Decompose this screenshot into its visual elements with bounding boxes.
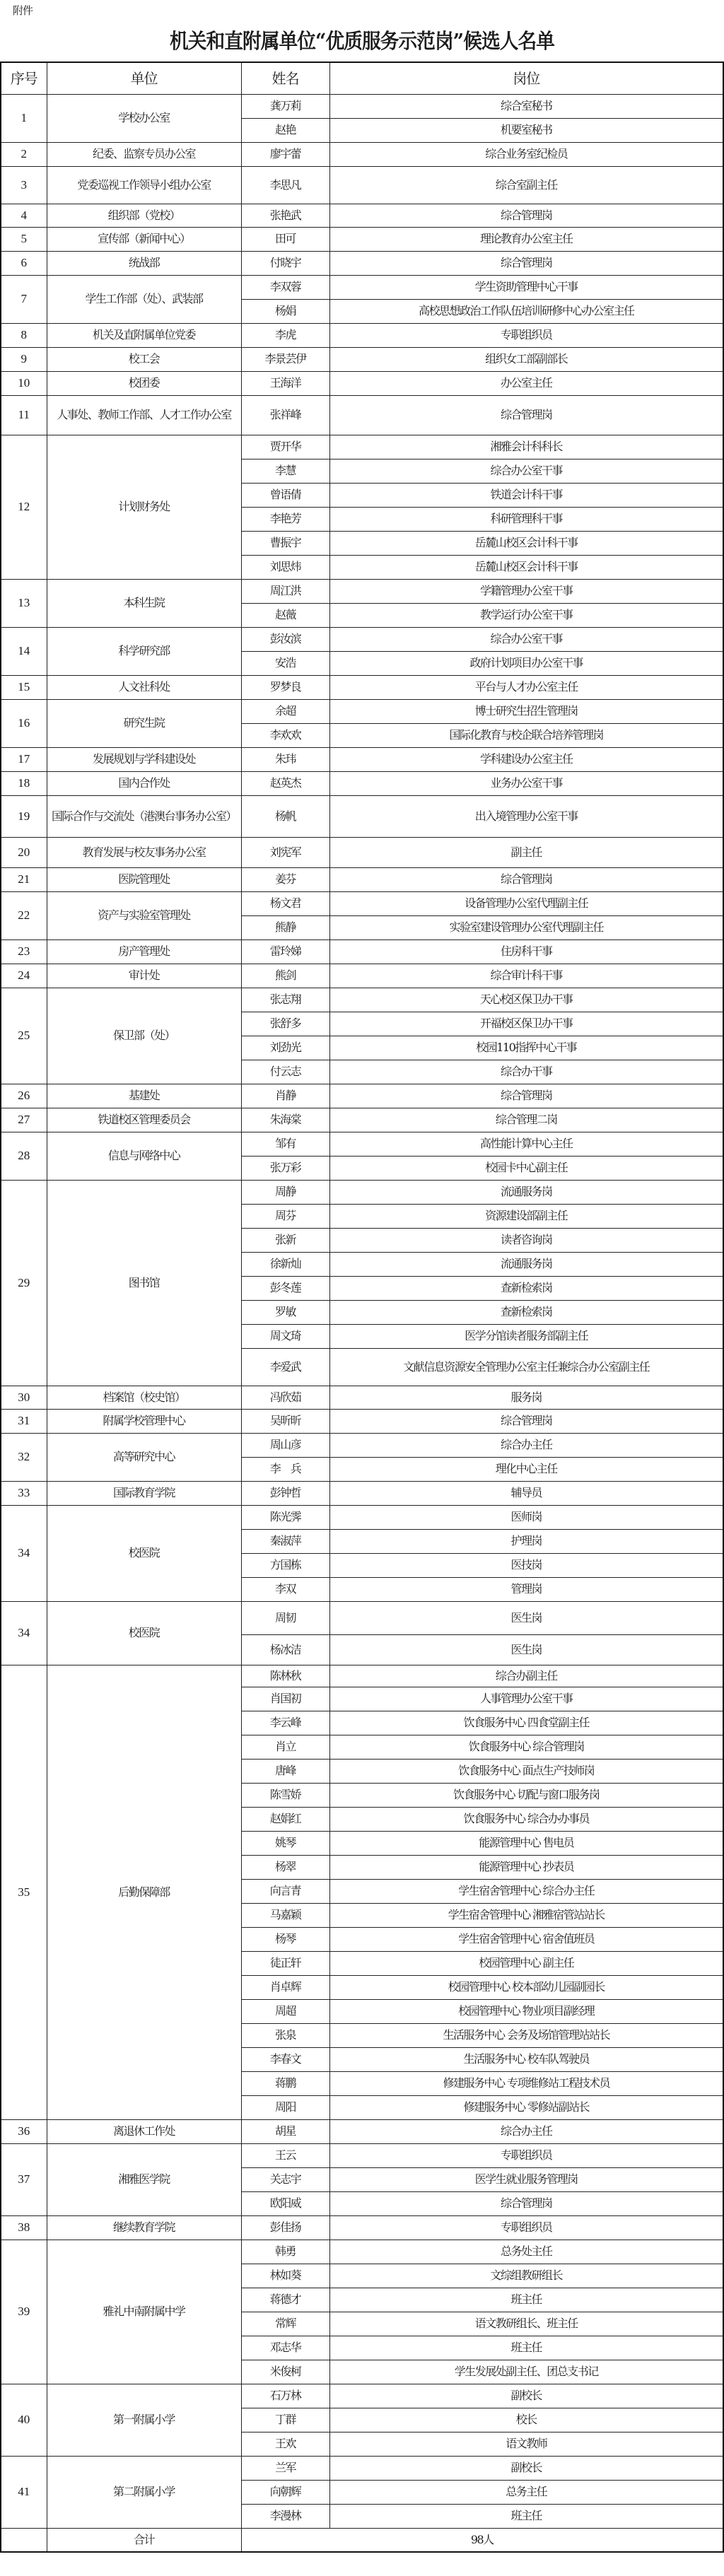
seq-cell: 34 — [1, 1601, 47, 1665]
post-cell: 综合办干事 — [329, 1060, 723, 1084]
seq-cell: 1 — [1, 94, 47, 142]
table-row: 8机关及直附属单位党委李虎专职组织员 — [1, 323, 723, 347]
name-cell: 邓志华 — [241, 2336, 329, 2360]
name-cell: 李思凡 — [241, 166, 329, 204]
post-cell: 总务主任 — [329, 2480, 723, 2504]
seq-cell: 32 — [1, 1433, 47, 1481]
table-row: 4组织部（党校）张艳武综合管理岗 — [1, 204, 723, 227]
post-cell: 教学运行办公室干事 — [329, 603, 723, 627]
post-cell: 学籍管理办公室干事 — [329, 579, 723, 603]
post-cell: 饮食服务中心 四食堂副主任 — [329, 1711, 723, 1735]
seq-cell: 30 — [1, 1386, 47, 1409]
post-cell: 语文教师 — [329, 2432, 723, 2456]
table-row: 26基建处肖静综合管理岗 — [1, 1084, 723, 1108]
name-cell: 陈林秋 — [241, 1665, 329, 1687]
seq-cell: 37 — [1, 2143, 47, 2215]
post-cell: 学生宿舍管理中心 综合办主任 — [329, 1879, 723, 1903]
unit-cell: 基建处 — [47, 1084, 241, 1108]
name-cell: 朱海棠 — [241, 1108, 329, 1132]
unit-cell: 信息与网络中心 — [47, 1132, 241, 1180]
name-cell: 米俊柯 — [241, 2360, 329, 2384]
post-cell: 查新检索岗 — [329, 1276, 723, 1300]
post-cell: 能源管理中心 售电员 — [329, 1831, 723, 1855]
table-row: 6统战部付晓宇综合管理岗 — [1, 251, 723, 275]
name-cell: 姚琴 — [241, 1831, 329, 1855]
name-cell: 石万林 — [241, 2384, 329, 2408]
table-row: 35后勤保障部陈林秋综合办副主任 — [1, 1665, 723, 1687]
name-cell: 李双 — [241, 1577, 329, 1601]
post-cell: 高校思想政治工作队伍培训研修中心办公室主任 — [329, 299, 723, 323]
unit-cell: 图书馆 — [47, 1180, 241, 1386]
name-cell: 徒正轩 — [241, 1951, 329, 1975]
table-row: 3党委巡视工作领导小组办公室李思凡综合室副主任 — [1, 166, 723, 204]
name-cell: 张祥峰 — [241, 395, 329, 435]
table-row: 11人事处、教师工作部、人才工作办公室张祥峰综合管理岗 — [1, 395, 723, 435]
name-cell: 周山彦 — [241, 1433, 329, 1457]
seq-cell: 29 — [1, 1180, 47, 1386]
post-cell: 流通服务岗 — [329, 1252, 723, 1276]
name-cell: 龚万莉 — [241, 94, 329, 118]
name-cell: 彭佳扬 — [241, 2215, 329, 2240]
name-cell: 朱玮 — [241, 747, 329, 771]
post-cell: 设备管理办公室代理副主任 — [329, 891, 723, 915]
seq-cell: 35 — [1, 1665, 47, 2119]
table-row: 20教育发展与校友事务办公室刘宪军副主任 — [1, 837, 723, 867]
post-cell: 修建服务中心 专项维修站工程技术员 — [329, 2071, 723, 2095]
post-cell: 业务办公室干事 — [329, 771, 723, 795]
post-cell: 修建服务中心 零修站副站长 — [329, 2095, 723, 2119]
name-cell: 赵英杰 — [241, 771, 329, 795]
table-row: 19国际合作与交流处（港澳台事务办公室）杨帆出入境管理办公室干事 — [1, 795, 723, 837]
seq-cell: 34 — [1, 1505, 47, 1601]
name-cell: 刘劲光 — [241, 1036, 329, 1060]
name-cell: 韩勇 — [241, 2240, 329, 2264]
name-cell: 冯欣茹 — [241, 1386, 329, 1409]
name-cell: 林如葵 — [241, 2264, 329, 2288]
post-cell: 出入境管理办公室干事 — [329, 795, 723, 837]
unit-cell: 第一附属小学 — [47, 2384, 241, 2456]
post-cell: 查新检索岗 — [329, 1300, 723, 1324]
seq-cell: 22 — [1, 891, 47, 939]
column-header-name: 姓名 — [241, 62, 329, 94]
name-cell: 周静 — [241, 1180, 329, 1204]
name-cell: 肖静 — [241, 1084, 329, 1108]
seq-cell: 41 — [1, 2456, 47, 2528]
unit-cell: 纪委、监察专员办公室 — [47, 142, 241, 166]
table-row: 18国内合作处赵英杰业务办公室干事 — [1, 771, 723, 795]
total-row: 合计98人 — [1, 2528, 723, 2552]
post-cell: 综合室秘书 — [329, 94, 723, 118]
table-row: 7学生工作部（处）、武装部李双蓉学生资助管理中心干事 — [1, 275, 723, 299]
unit-cell: 第二附属小学 — [47, 2456, 241, 2528]
post-cell: 医学生就业服务管理岗 — [329, 2167, 723, 2191]
name-cell: 李 兵 — [241, 1457, 329, 1481]
name-cell: 胡星 — [241, 2119, 329, 2143]
table-row: 24审计处熊剑综合审计科干事 — [1, 964, 723, 988]
name-cell: 曾语倩 — [241, 483, 329, 507]
name-cell: 周文琦 — [241, 1324, 329, 1348]
name-cell: 曹振宇 — [241, 531, 329, 555]
name-cell: 安浩 — [241, 651, 329, 675]
unit-cell: 房产管理处 — [47, 939, 241, 964]
name-cell: 熊静 — [241, 915, 329, 939]
post-cell: 综合管理岗 — [329, 395, 723, 435]
name-cell: 彭冬莲 — [241, 1276, 329, 1300]
unit-cell: 离退休工作处 — [47, 2119, 241, 2143]
post-cell: 综合办公室干事 — [329, 627, 723, 651]
unit-cell: 校医院 — [47, 1601, 241, 1665]
name-cell: 李双蓉 — [241, 275, 329, 299]
total-seq-cell — [1, 2528, 47, 2552]
name-cell: 赵娟红 — [241, 1807, 329, 1831]
seq-cell: 26 — [1, 1084, 47, 1108]
post-cell: 综合管理岗 — [329, 867, 723, 891]
post-cell: 读者咨询岗 — [329, 1228, 723, 1252]
post-cell: 校园卡中心副主任 — [329, 1156, 723, 1180]
table-row: 1学校办公室龚万莉综合室秘书 — [1, 94, 723, 118]
unit-cell: 统战部 — [47, 251, 241, 275]
post-cell: 平台与人才办公室主任 — [329, 675, 723, 699]
name-cell: 彭汝滨 — [241, 627, 329, 651]
post-cell: 管理岗 — [329, 1577, 723, 1601]
seq-cell: 23 — [1, 939, 47, 964]
post-cell: 学生资助管理中心干事 — [329, 275, 723, 299]
unit-cell: 宣传部（新闻中心） — [47, 227, 241, 251]
unit-cell: 铁道校区管理委员会 — [47, 1108, 241, 1132]
name-cell: 肖国初 — [241, 1687, 329, 1711]
seq-cell: 11 — [1, 395, 47, 435]
post-cell: 理论教育办公室主任 — [329, 227, 723, 251]
table-row: 14科学研究部彭汝滨综合办公室干事 — [1, 627, 723, 651]
post-cell: 综合办副主任 — [329, 1665, 723, 1687]
name-cell: 周江洪 — [241, 579, 329, 603]
column-header-unit: 单位 — [47, 62, 241, 94]
post-cell: 综合办公室干事 — [329, 459, 723, 483]
name-cell: 李虎 — [241, 323, 329, 347]
name-cell: 肖立 — [241, 1735, 329, 1759]
name-cell: 刘宪军 — [241, 837, 329, 867]
name-cell: 彭钟哲 — [241, 1481, 329, 1505]
table-row: 22资产与实验室管理处杨文君设备管理办公室代理副主任 — [1, 891, 723, 915]
table-row: 36离退休工作处胡星综合办主任 — [1, 2119, 723, 2143]
name-cell: 方国栋 — [241, 1553, 329, 1577]
unit-cell: 组织部（党校） — [47, 204, 241, 227]
post-cell: 能源管理中心 抄表员 — [329, 1855, 723, 1879]
post-cell: 综合办主任 — [329, 1433, 723, 1457]
name-cell: 向朝辉 — [241, 2480, 329, 2504]
post-cell: 综合管理二岗 — [329, 1108, 723, 1132]
name-cell: 欧阳威 — [241, 2191, 329, 2215]
post-cell: 天心校区保卫办干事 — [329, 988, 723, 1012]
post-cell: 服务岗 — [329, 1386, 723, 1409]
name-cell: 付云志 — [241, 1060, 329, 1084]
unit-cell: 湘雅医学院 — [47, 2143, 241, 2215]
post-cell: 住房科干事 — [329, 939, 723, 964]
table-row: 16研究生院余超博士研究生招生管理岗 — [1, 699, 723, 723]
post-cell: 副主任 — [329, 837, 723, 867]
name-cell: 王海洋 — [241, 371, 329, 395]
seq-cell: 5 — [1, 227, 47, 251]
total-label: 合计 — [47, 2528, 241, 2552]
name-cell: 兰军 — [241, 2456, 329, 2480]
post-cell: 饮食服务中心 切配与窗口服务岗 — [329, 1783, 723, 1807]
name-cell: 熊剑 — [241, 964, 329, 988]
total-value: 98人 — [241, 2528, 723, 2552]
name-cell: 雷玲娣 — [241, 939, 329, 964]
post-cell: 生活服务中心 会务及场馆管理站站长 — [329, 2023, 723, 2047]
name-cell: 肖卓辉 — [241, 1975, 329, 1999]
post-cell: 语文教研组长、班主任 — [329, 2312, 723, 2336]
name-cell: 陈雪娇 — [241, 1783, 329, 1807]
post-cell: 医学分馆读者服务部副主任 — [329, 1324, 723, 1348]
name-cell: 王云 — [241, 2143, 329, 2167]
name-cell: 周阳 — [241, 2095, 329, 2119]
post-cell: 铁道会计科干事 — [329, 483, 723, 507]
seq-cell: 14 — [1, 627, 47, 675]
name-cell: 李漫林 — [241, 2504, 329, 2528]
name-cell: 张艳武 — [241, 204, 329, 227]
table-row: 10校团委王海洋办公室主任 — [1, 371, 723, 395]
name-cell: 罗敏 — [241, 1300, 329, 1324]
post-cell: 流通服务岗 — [329, 1180, 723, 1204]
post-cell: 专职组织员 — [329, 323, 723, 347]
seq-cell: 39 — [1, 2240, 47, 2384]
post-cell: 综合管理岗 — [329, 2191, 723, 2215]
seq-cell: 10 — [1, 371, 47, 395]
name-cell: 廖宇蕾 — [241, 142, 329, 166]
table-row: 15人文社科处罗梦良平台与人才办公室主任 — [1, 675, 723, 699]
unit-cell: 审计处 — [47, 964, 241, 988]
table-row: 2纪委、监察专员办公室廖宇蕾综合业务室纪检员 — [1, 142, 723, 166]
post-cell: 饮食服务中心 综合办办事员 — [329, 1807, 723, 1831]
unit-cell: 学校办公室 — [47, 94, 241, 142]
table-row: 9校工会李景芸伊组织女工部副部长 — [1, 347, 723, 371]
unit-cell: 发展规划与学科建设处 — [47, 747, 241, 771]
column-header-seq: 序号 — [1, 62, 47, 94]
name-cell: 赵艳 — [241, 118, 329, 142]
post-cell: 医师岗 — [329, 1505, 723, 1529]
name-cell: 邹有 — [241, 1132, 329, 1156]
name-cell: 张新 — [241, 1228, 329, 1252]
post-cell: 校园110指挥中心干事 — [329, 1036, 723, 1060]
seq-cell: 38 — [1, 2215, 47, 2240]
name-cell: 杨文君 — [241, 891, 329, 915]
seq-cell: 33 — [1, 1481, 47, 1505]
post-cell: 医生岗 — [329, 1601, 723, 1634]
unit-cell: 继续教育学院 — [47, 2215, 241, 2240]
table-row: 38继续教育学院彭佳扬专职组织员 — [1, 2215, 723, 2240]
seq-cell: 9 — [1, 347, 47, 371]
unit-cell: 本科生院 — [47, 579, 241, 627]
post-cell: 科研管理科干事 — [329, 507, 723, 531]
post-cell: 班主任 — [329, 2504, 723, 2528]
post-cell: 医技岗 — [329, 1553, 723, 1577]
post-cell: 组织女工部副部长 — [329, 347, 723, 371]
unit-cell: 党委巡视工作领导小组办公室 — [47, 166, 241, 204]
post-cell: 校园管理中心 物业项目副经理 — [329, 1999, 723, 2023]
unit-cell: 教育发展与校友事务办公室 — [47, 837, 241, 867]
table-row: 34校医院周韧医生岗 — [1, 1601, 723, 1634]
post-cell: 综合管理岗 — [329, 1084, 723, 1108]
name-cell: 赵薇 — [241, 603, 329, 627]
post-cell: 岳麓山校区会计科干事 — [329, 531, 723, 555]
seq-cell: 20 — [1, 837, 47, 867]
attachment-label: 附件 — [13, 3, 33, 18]
post-cell: 学生宿舍管理中心 宿舍值班员 — [329, 1927, 723, 1951]
unit-cell: 科学研究部 — [47, 627, 241, 675]
unit-cell: 机关及直附属单位党委 — [47, 323, 241, 347]
name-cell: 张泉 — [241, 2023, 329, 2047]
post-cell: 实验室建设管理办公室代理副主任 — [329, 915, 723, 939]
post-cell: 理化中心主任 — [329, 1457, 723, 1481]
unit-cell: 雅礼中南附属中学 — [47, 2240, 241, 2384]
unit-cell: 高等研究中心 — [47, 1433, 241, 1481]
name-cell: 李云峰 — [241, 1711, 329, 1735]
name-cell: 李春文 — [241, 2047, 329, 2071]
unit-cell: 校团委 — [47, 371, 241, 395]
post-cell: 湘雅会计科科长 — [329, 435, 723, 459]
unit-cell: 档案馆（校史馆） — [47, 1386, 241, 1409]
post-cell: 副校长 — [329, 2384, 723, 2408]
unit-cell: 人事处、教师工作部、人才工作办公室 — [47, 395, 241, 435]
post-cell: 高性能计算中心主任 — [329, 1132, 723, 1156]
name-cell: 唐峰 — [241, 1759, 329, 1783]
name-cell: 丁群 — [241, 2408, 329, 2432]
seq-cell: 15 — [1, 675, 47, 699]
name-cell: 王欢 — [241, 2432, 329, 2456]
seq-cell: 25 — [1, 988, 47, 1084]
post-cell: 文综组教研组长 — [329, 2264, 723, 2288]
name-cell: 向言青 — [241, 1879, 329, 1903]
seq-cell: 7 — [1, 275, 47, 323]
unit-cell: 保卫部（处） — [47, 988, 241, 1084]
seq-cell: 13 — [1, 579, 47, 627]
table-row: 31附属学校管理中心吴昕昕综合管理岗 — [1, 1409, 723, 1433]
unit-cell: 研究生院 — [47, 699, 241, 747]
post-cell: 学科建设办公室主任 — [329, 747, 723, 771]
name-cell: 杨冰洁 — [241, 1634, 329, 1665]
table-row: 34校医院陈光霁医师岗 — [1, 1505, 723, 1529]
name-cell: 秦淑萍 — [241, 1529, 329, 1553]
table-row: 27铁道校区管理委员会朱海棠综合管理二岗 — [1, 1108, 723, 1132]
table-row: 39雅礼中南附属中学韩勇总务处主任 — [1, 2240, 723, 2264]
unit-cell: 国际教育学院 — [47, 1481, 241, 1505]
column-header-post: 岗位 — [329, 62, 723, 94]
name-cell: 田可 — [241, 227, 329, 251]
seq-cell: 16 — [1, 699, 47, 747]
post-cell: 机要室秘书 — [329, 118, 723, 142]
unit-cell: 校工会 — [47, 347, 241, 371]
table-row: 12计划财务处贾开华湘雅会计科科长 — [1, 435, 723, 459]
name-cell: 马嘉颖 — [241, 1903, 329, 1927]
post-cell: 校长 — [329, 2408, 723, 2432]
table-row: 37湘雅医学院王云专职组织员 — [1, 2143, 723, 2167]
post-cell: 综合审计科干事 — [329, 964, 723, 988]
name-cell: 陈光霁 — [241, 1505, 329, 1529]
name-cell: 关志宇 — [241, 2167, 329, 2191]
post-cell: 专职组织员 — [329, 2143, 723, 2167]
seq-cell: 24 — [1, 964, 47, 988]
post-cell: 学生宿舍管理中心 湘雅宿管站站长 — [329, 1903, 723, 1927]
post-cell: 饮食服务中心 面点生产技师岗 — [329, 1759, 723, 1783]
name-cell: 蒋德才 — [241, 2288, 329, 2312]
name-cell: 李欢欢 — [241, 723, 329, 747]
post-cell: 国际化教育与校企联合培养管理岗 — [329, 723, 723, 747]
table-row: 5宣传部（新闻中心）田可理论教育办公室主任 — [1, 227, 723, 251]
seq-cell: 27 — [1, 1108, 47, 1132]
post-cell: 饮食服务中心 综合管理岗 — [329, 1735, 723, 1759]
seq-cell: 17 — [1, 747, 47, 771]
table-row: 30档案馆（校史馆）冯欣茹服务岗 — [1, 1386, 723, 1409]
name-cell: 李景芸伊 — [241, 347, 329, 371]
table-row: 13本科生院周江洪学籍管理办公室干事 — [1, 579, 723, 603]
unit-cell: 后勤保障部 — [47, 1665, 241, 2119]
post-cell: 综合室副主任 — [329, 166, 723, 204]
name-cell: 罗梦良 — [241, 675, 329, 699]
table-row: 28信息与网络中心邹有高性能计算中心主任 — [1, 1132, 723, 1156]
name-cell: 刘思炜 — [241, 555, 329, 579]
name-cell: 蒋鹏 — [241, 2071, 329, 2095]
post-cell: 护理岗 — [329, 1529, 723, 1553]
seq-cell: 6 — [1, 251, 47, 275]
name-cell: 姜芬 — [241, 867, 329, 891]
table-row: 25保卫部（处）张志翔天心校区保卫办干事 — [1, 988, 723, 1012]
table-row: 32高等研究中心周山彦综合办主任 — [1, 1433, 723, 1457]
seq-cell: 4 — [1, 204, 47, 227]
seq-cell: 3 — [1, 166, 47, 204]
seq-cell: 40 — [1, 2384, 47, 2456]
table-row: 41第二附属小学兰军副校长 — [1, 2456, 723, 2480]
name-cell: 付晓宇 — [241, 251, 329, 275]
name-cell: 吴昕昕 — [241, 1409, 329, 1433]
seq-cell: 31 — [1, 1409, 47, 1433]
unit-cell: 资产与实验室管理处 — [47, 891, 241, 939]
table-row: 40第一附属小学石万林副校长 — [1, 2384, 723, 2408]
post-cell: 班主任 — [329, 2288, 723, 2312]
unit-cell: 校医院 — [47, 1505, 241, 1601]
name-cell: 周超 — [241, 1999, 329, 2023]
seq-cell: 28 — [1, 1132, 47, 1180]
table-header-row: 序号 单位 姓名 岗位 — [1, 62, 723, 94]
post-cell: 政府计划项目办公室干事 — [329, 651, 723, 675]
post-cell: 开福校区保卫办干事 — [329, 1012, 723, 1036]
name-cell: 李艳芳 — [241, 507, 329, 531]
candidate-table: 序号 单位 姓名 岗位 1学校办公室龚万莉综合室秘书赵艳机要室秘书2纪委、监察专… — [0, 62, 724, 2553]
name-cell: 周芬 — [241, 1204, 329, 1228]
seq-cell: 8 — [1, 323, 47, 347]
post-cell: 医生岗 — [329, 1634, 723, 1665]
post-cell: 综合办主任 — [329, 2119, 723, 2143]
name-cell: 杨翠 — [241, 1855, 329, 1879]
name-cell: 杨娟 — [241, 299, 329, 323]
unit-cell: 附属学校管理中心 — [47, 1409, 241, 1433]
table-row: 29图书馆周静流通服务岗 — [1, 1180, 723, 1204]
post-cell: 班主任 — [329, 2336, 723, 2360]
name-cell: 贾开华 — [241, 435, 329, 459]
unit-cell: 计划财务处 — [47, 435, 241, 579]
post-cell: 综合管理岗 — [329, 1409, 723, 1433]
table-row: 17发展规划与学科建设处朱玮学科建设办公室主任 — [1, 747, 723, 771]
table-row: 23房产管理处雷玲娣住房科干事 — [1, 939, 723, 964]
name-cell: 周韧 — [241, 1601, 329, 1634]
seq-cell: 36 — [1, 2119, 47, 2143]
name-cell: 张舒多 — [241, 1012, 329, 1036]
name-cell: 余超 — [241, 699, 329, 723]
seq-cell: 21 — [1, 867, 47, 891]
seq-cell: 19 — [1, 795, 47, 837]
unit-cell: 国内合作处 — [47, 771, 241, 795]
post-cell: 专职组织员 — [329, 2215, 723, 2240]
